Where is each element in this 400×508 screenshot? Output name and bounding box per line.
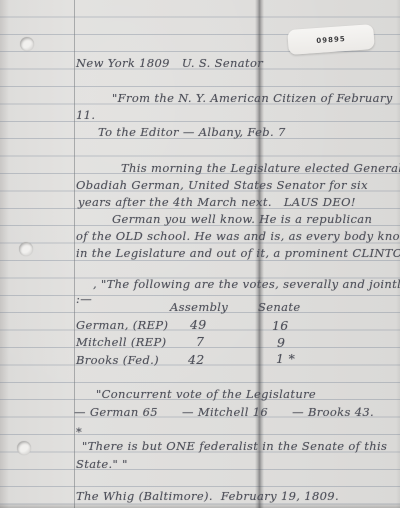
candidate-name: German, (REP) xyxy=(76,317,168,334)
column-header-assembly: Assembly xyxy=(170,299,228,316)
paragraph2-line2: of the OLD school. He was and is, as eve… xyxy=(76,228,400,245)
punch-hole-middle xyxy=(19,242,33,256)
paragraph1-line3: years after the 4th March next. LAUS DEO… xyxy=(78,194,356,211)
senate-votes: 16 xyxy=(272,317,289,334)
assembly-votes: 49 xyxy=(190,316,207,333)
concurrent-values: — German 65 — Mitchell 16 — Brooks 43. xyxy=(74,404,374,421)
paragraph2-line1: German you well know. He is a republican xyxy=(112,211,372,228)
senate-votes: 9 xyxy=(277,334,285,351)
votes-intro-line1: , "The following are the votes, severall… xyxy=(93,276,400,293)
senate-votes: 1 * xyxy=(276,350,295,367)
notebook-page: 09895 New York 1809 U. S. Senator "From … xyxy=(0,0,400,508)
candidate-name: Brooks (Fed.) xyxy=(76,352,159,369)
catalog-sticker: 09895 xyxy=(287,24,375,55)
assembly-votes: 7 xyxy=(196,333,204,350)
paragraph1-line1: This morning the Legislature elected Gen… xyxy=(121,160,400,177)
votes-intro-line2: :— xyxy=(76,291,92,308)
margin-line xyxy=(74,0,75,508)
punch-hole-top xyxy=(20,37,34,51)
footnote-line1: "There is but ONE federalist in the Sena… xyxy=(82,438,387,455)
candidate-name: Mitchell (REP) xyxy=(76,334,166,351)
page-heading: New York 1809 U. S. Senator xyxy=(76,55,263,72)
column-header-senate: Senate xyxy=(258,299,300,316)
paragraph1-line2: Obadiah German, United States Senator fo… xyxy=(76,177,368,194)
citation-footer: The Whig (Baltimore). February 19, 1809. xyxy=(76,488,339,505)
paragraph2-line3: in the Legislature and out of it, a prom… xyxy=(76,245,400,262)
concurrent-heading: "Concurrent vote of the Legislature xyxy=(96,386,316,403)
assembly-votes: 42 xyxy=(188,351,205,368)
source-intro-line2: 11. xyxy=(76,107,95,124)
source-intro-line1: "From the N. Y. American Citizen of Febr… xyxy=(112,90,393,107)
punch-hole-bottom xyxy=(17,441,31,455)
salutation: To the Editor — Albany, Feb. 7 xyxy=(98,124,286,141)
footnote-line2: State." " xyxy=(76,456,128,473)
catalog-number: 09895 xyxy=(316,34,346,44)
